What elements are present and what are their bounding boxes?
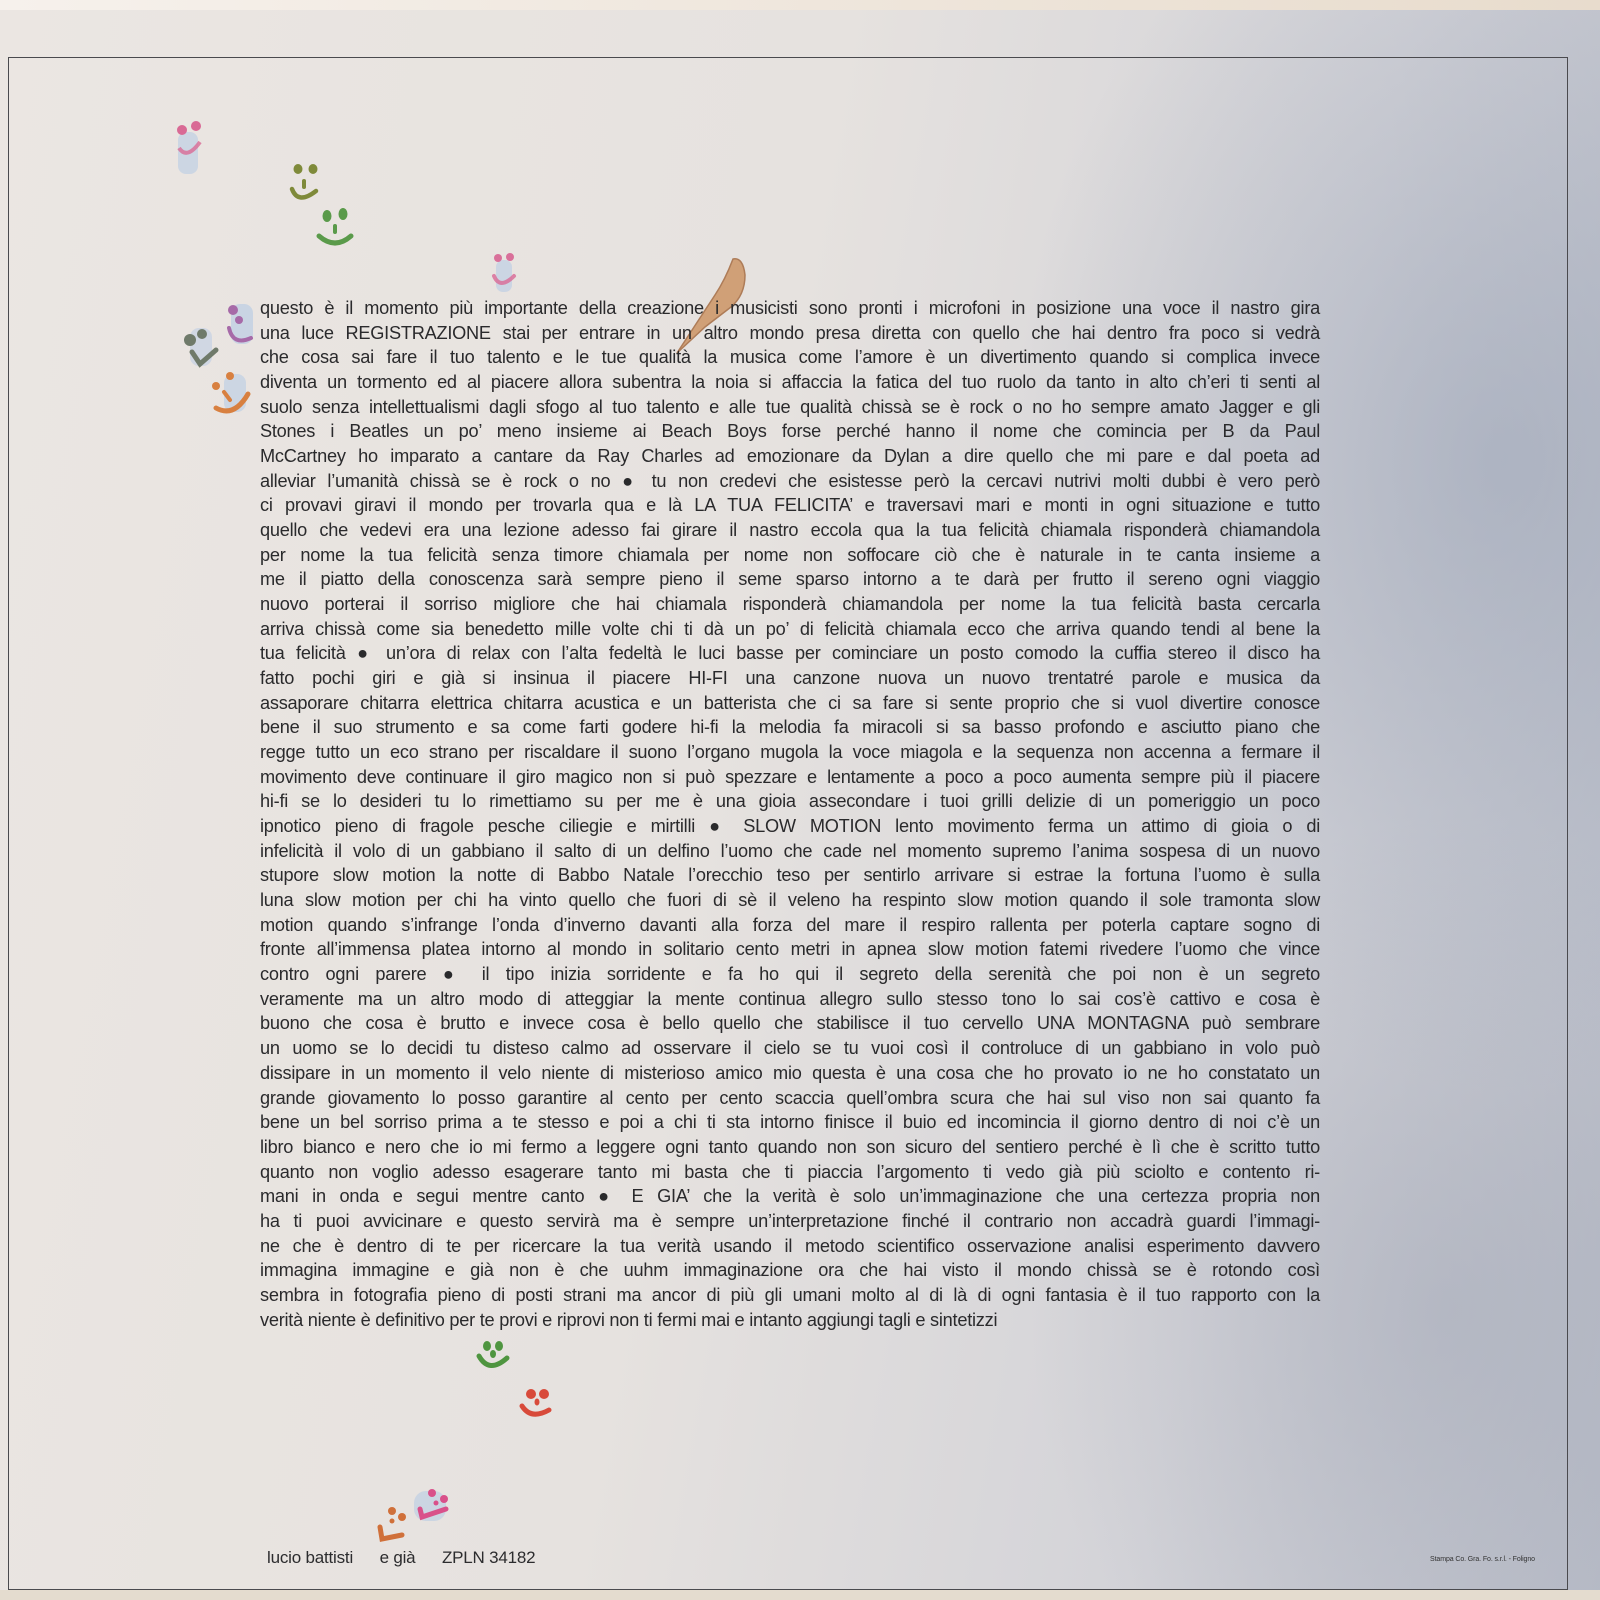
smiley-green-icon xyxy=(315,208,355,252)
lyrics-line: Stones i Beatles un po’ meno insieme ai … xyxy=(260,419,1320,444)
album-title: e già xyxy=(380,1548,416,1567)
smiley-red-bottom-icon xyxy=(519,1388,555,1422)
lyrics-line: alleviar l’umanità chissà se è rock o no… xyxy=(260,469,1320,494)
artist-name: lucio battisti xyxy=(267,1548,353,1567)
lyrics-line: assaporare chitarra elettrica chitarra a… xyxy=(260,691,1320,716)
smiley-purple-icon xyxy=(225,298,259,350)
lyrics-line: ci provavi giravi il mondo per trovarla … xyxy=(260,493,1320,518)
lyrics-line: ne che è dentro di te per ricercare la t… xyxy=(260,1234,1320,1259)
smiley-green-bottom-icon xyxy=(475,1340,511,1374)
lyrics-line: bene il suo strumento e sa come farti go… xyxy=(260,715,1320,740)
lyrics-line: stupore slow motion la notte di Babbo Na… xyxy=(260,863,1320,888)
lyrics-line: ipnotico pieno di fragole pesche ciliegi… xyxy=(260,814,1320,839)
lyrics-line: dissipare in un momento il velo niente d… xyxy=(260,1061,1320,1086)
lyrics-line: motion quando s’infrange l’onda d’invern… xyxy=(260,913,1320,938)
lyrics-line: diventa un tormento ed al piacere allora… xyxy=(260,370,1320,395)
lyrics-line: suolo senza intellettualismi dagli sfogo… xyxy=(260,395,1320,420)
smiley-pink-top-left-icon xyxy=(172,120,208,180)
lyrics-line: luna slow motion per chi ha vinto quello… xyxy=(260,888,1320,913)
lyrics-line: per nome la tua felicità senza timore ch… xyxy=(260,543,1320,568)
catalog-number: ZPLN 34182 xyxy=(442,1548,535,1567)
lyrics-line: fatto pochi giri e già si insinua il pia… xyxy=(260,666,1320,691)
lyrics-line: arriva chissà come sia benedetto mille v… xyxy=(260,617,1320,642)
lyrics-line: mani in onda e segui mentre canto ● E GI… xyxy=(260,1184,1320,1209)
smiley-magenta-footer-icon xyxy=(412,1487,456,1527)
lyrics-line: quanto non voglio adesso esagerare tanto… xyxy=(260,1160,1320,1185)
lyrics-line: movimento deve continuare il giro magico… xyxy=(260,765,1320,790)
lyrics-line: immagina immagine e già non è che uuhm i… xyxy=(260,1258,1320,1283)
lyrics-line: McCartney ho imparato a cantare da Ray C… xyxy=(260,444,1320,469)
lyrics-line: questo è il momento più importante della… xyxy=(260,296,1320,321)
lyrics-line: infelicità il volo di un gabbiano il sal… xyxy=(260,839,1320,864)
lyrics-line: hi-fi se lo desideri tu lo rimettiamo su… xyxy=(260,789,1320,814)
smiley-orange-icon xyxy=(210,370,254,418)
album-credits: lucio battisti e già ZPLN 34182 xyxy=(267,1548,557,1568)
lyrics-text-block: questo è il momento più importante della… xyxy=(260,296,1320,1332)
lyrics-line: sembra in fotografia pieno di posti stra… xyxy=(260,1283,1320,1308)
printer-credit: Stampa Co. Gra. Fo. s.r.l. - Foligno xyxy=(1430,1556,1535,1563)
lyrics-line: tua felicità ● un’ora di relax con l’alt… xyxy=(260,641,1320,666)
lyrics-line: buono che cosa è brutto e invece cosa è … xyxy=(260,1011,1320,1036)
lyrics-line: ha ti puoi avvicinare e questo servirà m… xyxy=(260,1209,1320,1234)
lyrics-line: verità niente è definitivo per te provi … xyxy=(260,1308,1320,1333)
lyrics-line: una luce REGISTRAZIONE stai per entrare … xyxy=(260,321,1320,346)
smiley-orange-footer-icon xyxy=(376,1505,408,1545)
lyrics-line: libro bianco e nero che io mi fermo a le… xyxy=(260,1135,1320,1160)
lyrics-line: nuovo porterai il sorriso migliore che h… xyxy=(260,592,1320,617)
lyrics-line: un uomo se lo decidi tu disteso calmo ad… xyxy=(260,1036,1320,1061)
lyrics-line: fronte all’immensa platea intorno al mon… xyxy=(260,937,1320,962)
lyrics-line: grande giovamento lo posso garantire al … xyxy=(260,1086,1320,1111)
lyrics-line: bene un bel sorriso prima a te stesso e … xyxy=(260,1110,1320,1135)
lyrics-line: me il piatto della conoscenza sarà sempr… xyxy=(260,567,1320,592)
lyrics-line: regge tutto un eco strano per riscaldare… xyxy=(260,740,1320,765)
smiley-pink-center-icon xyxy=(490,252,520,296)
lyrics-line: contro ogni parere ● il tipo inizia sorr… xyxy=(260,962,1320,987)
smiley-gray-green-icon xyxy=(180,322,224,370)
lyrics-line: che cosa sai fare il tuo talento e le tu… xyxy=(260,345,1320,370)
lyrics-line: quello che vedevi era una lezione adesso… xyxy=(260,518,1320,543)
lyrics-line: veramente ma un altro modo di atteggiar … xyxy=(260,987,1320,1012)
